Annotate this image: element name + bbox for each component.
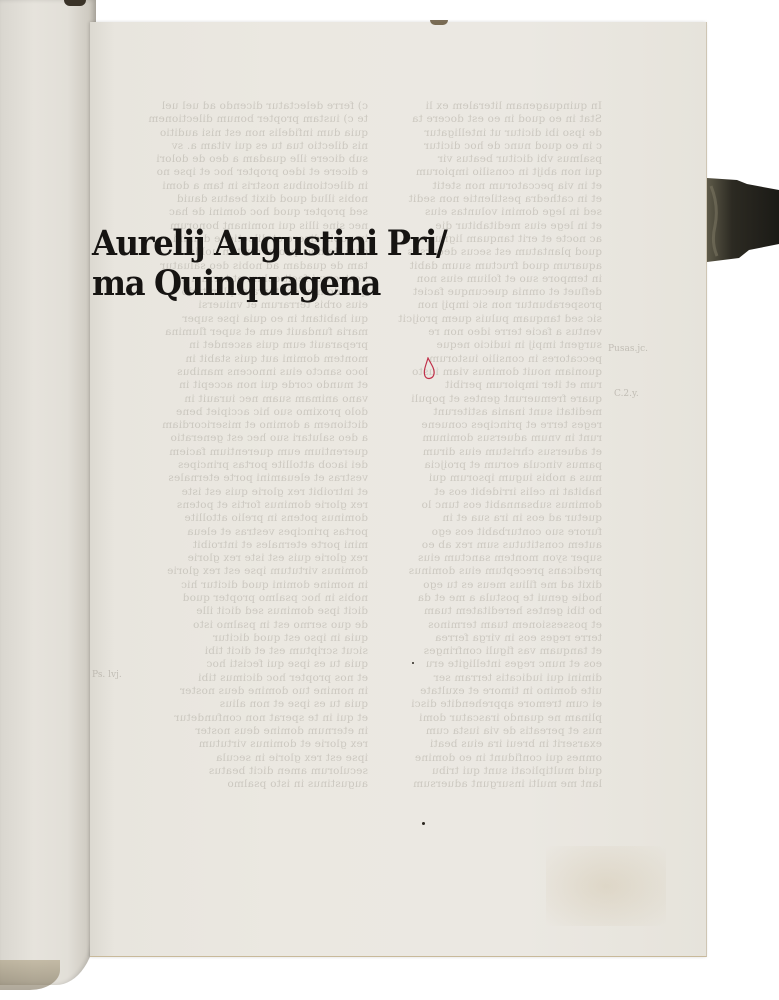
ink-speck — [422, 822, 425, 825]
title-line-2: ma Quinquagena — [92, 264, 396, 304]
book-clasp-icon — [707, 176, 779, 264]
left-page — [0, 0, 96, 985]
margin-note: Ps. lvj. — [92, 670, 122, 680]
foxing-stain — [546, 846, 666, 926]
left-page-gilt-edge — [0, 960, 60, 990]
show-through-right-column: In quinquagenam literalem ex li Stat in … — [372, 100, 602, 840]
margin-note: Pusas.jc. — [608, 344, 648, 354]
margin-note: C.2.y. — [614, 389, 639, 399]
title-line-1: Aurelij Augustini Pri/ — [92, 224, 396, 264]
book-title: Aurelij Augustini Pri/ ma Quinquagena — [92, 224, 396, 304]
show-through-left-column: c) ferre delectatur dicendo ad uel uel t… — [110, 100, 368, 840]
binding-spine-top — [64, 0, 86, 6]
top-edge-stain — [430, 20, 448, 25]
red-ink-annotation-icon — [422, 357, 436, 381]
ink-speck — [412, 662, 414, 664]
title-page: c) ferre delectatur dicendo ad uel uel t… — [90, 22, 707, 957]
